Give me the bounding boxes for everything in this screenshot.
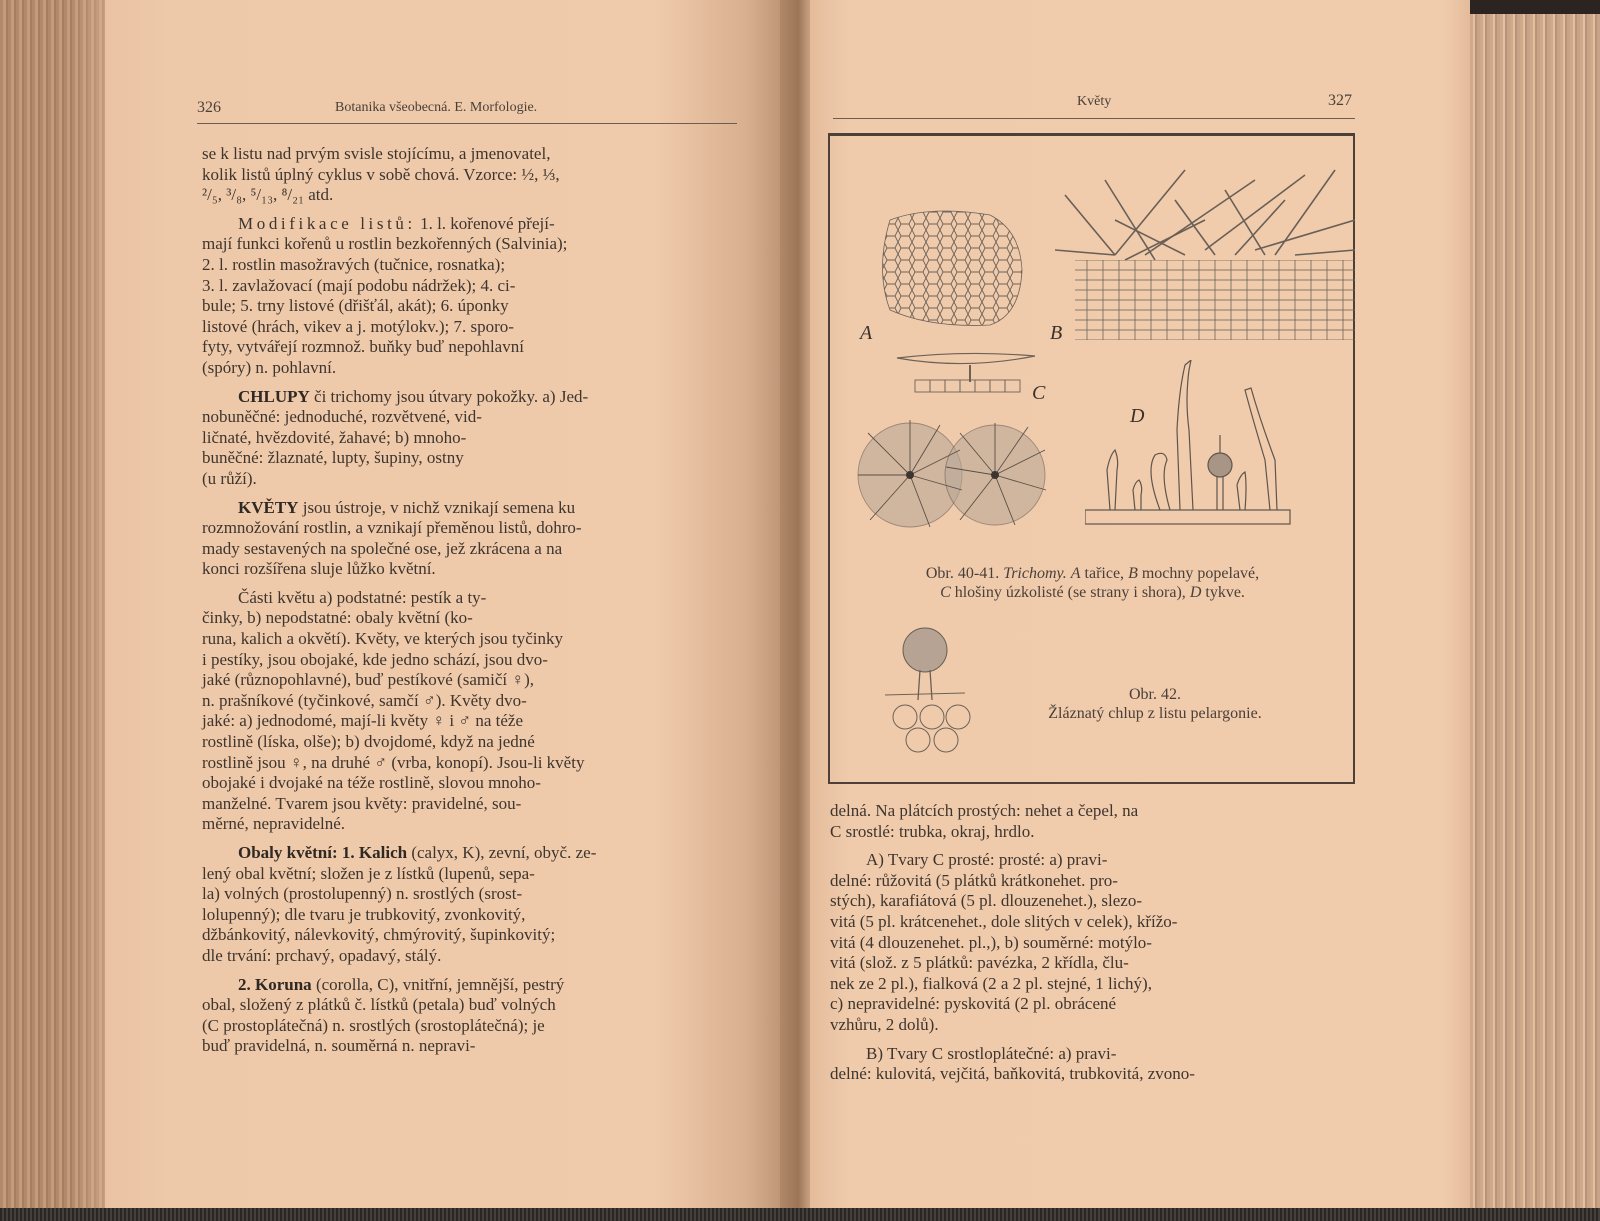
running-head-right: Květy xyxy=(1077,94,1111,110)
figure-label-a: A xyxy=(860,322,872,345)
text-line: 1. l. kořenové přejí- xyxy=(420,214,555,233)
text-line: nobuněčné: jednoduché, rozvětvené, vid- xyxy=(202,407,482,426)
text-line: delná. Na plátcích prostých: nehet a čep… xyxy=(830,801,1138,820)
caption-text-a: tařice, xyxy=(1085,565,1125,582)
text-line: jsou ústroje, v nichž vznikají semena ku xyxy=(303,498,575,517)
paragraph-continuation: mají funkci kořenů u rostlin bezkořennýc… xyxy=(202,234,737,378)
figure-label-b: B xyxy=(1050,322,1062,345)
header-rule-right xyxy=(833,118,1355,119)
text-line: či trichomy jsou útvary pokožky. a) Jed- xyxy=(314,387,588,406)
text-line: buď pravidelná, n. souměrná n. nepravi- xyxy=(202,1036,475,1055)
figure-label-c: C xyxy=(1032,382,1045,405)
caption-text-b: mochny popelavé, xyxy=(1142,565,1259,582)
text-line: manželné. Tvarem jsou květy: pravidelné,… xyxy=(202,794,521,813)
text-line: Části květu a) podstatné: pestík a ty- xyxy=(238,588,486,607)
caption-label-c: C xyxy=(940,584,951,601)
caption-label-b: B xyxy=(1128,565,1138,582)
text-line: i pestíky, jsou obojaké, kde jedno scház… xyxy=(202,650,548,669)
text-line: vzhůru, 2 dolů). xyxy=(830,1015,939,1034)
right-page-body: delná. Na plátcích prostých: nehet a čep… xyxy=(830,801,1358,1085)
caption-title: Trichomy. xyxy=(1003,565,1067,582)
caption-number: Obr. 42. xyxy=(1129,686,1181,703)
text-line: obojaké i dvojaké na téže rostlině, slov… xyxy=(202,773,541,792)
caption-text: Žláznatý chlup z listu pelargonie. xyxy=(1048,705,1261,722)
text-line: 3. l. zavlažovací (mají podobu nádržek);… xyxy=(202,276,515,295)
heading-kalich: Obaly květní: 1. Kalich xyxy=(238,843,407,862)
figure-label-d: D xyxy=(1130,405,1144,428)
text-line: bule; 5. trny listové (dřišťál, akát); 6… xyxy=(202,296,509,315)
text-line: rostlině jsou ♀, na druhé ♂ (vrba, konop… xyxy=(202,753,584,772)
caption-text-d: tykve. xyxy=(1205,584,1245,601)
text-line: vitá (4 dlouzenehet. pl.,), b) souměrné:… xyxy=(830,933,1152,952)
text-line: mají funkci kořenů u rostlin bezkořennýc… xyxy=(202,234,567,253)
text-line: (C prostoplátečná) n. srostlých (srostop… xyxy=(202,1016,545,1035)
text-line: mady sestavených na společné ose, jež zk… xyxy=(202,539,562,558)
text-line: la) volných (prostolupenný) n. srostlých… xyxy=(202,884,522,903)
figure-caption-42: Obr. 42. Žláznatý chlup z listu pelargon… xyxy=(990,685,1320,723)
caption-label-a: A xyxy=(1071,565,1081,582)
left-page-body: se k listu nad prvým svisle stojícímu, a… xyxy=(202,144,737,1057)
paragraph-kvety: KVĚTY jsou ústroje, v nichž vznikají sem… xyxy=(202,498,737,519)
open-book: 326 Botanika všeobecná. E. Morfologie. s… xyxy=(0,0,1600,1221)
paragraph-continuation: rozmnožování rostlin, a vznikají přeměno… xyxy=(202,518,737,580)
paragraph-continuation: delné: kulovitá, vejčitá, baňkovitá, tru… xyxy=(830,1064,1358,1085)
text-line: rozmnožování rostlin, a vznikají přeměno… xyxy=(202,518,582,537)
text-line: lolupenný); dle tvaru je trubkovitý, zvo… xyxy=(202,905,525,924)
text-line: (u růží). xyxy=(202,469,257,488)
text-line: fyty, vytvářejí rozmnož. buňky buď nepoh… xyxy=(202,337,524,356)
text-line: vitá (5 pl. krátcenehet., dole slitých v… xyxy=(830,912,1177,931)
text-line: měrné, nepravidelné. xyxy=(202,814,345,833)
caption-label-d: D xyxy=(1190,584,1202,601)
text-line: n. prašníkové (tyčinkové, samčí ♂). Květ… xyxy=(202,691,527,710)
text-line: c) nepravidelné: pyskovitá (2 pl. obráce… xyxy=(830,994,1116,1013)
page-number-left: 326 xyxy=(197,99,221,117)
paragraph-continuation: činky, b) nepodstatné: obaly květní (ko-… xyxy=(202,608,737,835)
text-line: jaké (různopohlavné), buď pestíkové (sam… xyxy=(202,670,534,689)
heading-kvety: KVĚTY xyxy=(238,498,298,517)
text-line: činky, b) nepodstatné: obaly květní (ko- xyxy=(202,608,473,627)
paragraph-tvary-proste: A) Tvary C prosté: prosté: a) pravi- xyxy=(830,850,1358,871)
text-line: runa, kalich a okvětí). Květy, ve kterýc… xyxy=(202,629,563,648)
illustration-b-stellate-hairs xyxy=(1055,160,1355,360)
text-line: (calyx, K), zevní, obyč. ze- xyxy=(411,843,596,862)
figure-caption-40-41: Obr. 40-41. Trichomy. A tařice, B mochny… xyxy=(835,564,1350,602)
running-head-left: Botanika všeobecná. E. Morfologie. xyxy=(335,100,537,116)
caption-number: Obr. 40-41. xyxy=(926,565,999,582)
text-line: C srostlé: trubka, okraj, hrdlo. xyxy=(830,822,1034,841)
paragraph-continuation: nobuněčné: jednoduché, rozvětvené, vid- … xyxy=(202,407,737,489)
paragraph-corolla-parts: delná. Na plátcích prostých: nehet a čep… xyxy=(830,801,1358,842)
paragraph-leaf-modifications: Modifikace listů: 1. l. kořenové přejí- xyxy=(202,214,737,235)
text-line: jaké: a) jednodomé, mají-li květy ♀ i ♂ … xyxy=(202,711,523,730)
text-line: (spóry) n. pohlavní. xyxy=(202,358,336,377)
term-modifikace: Modifikace listů: xyxy=(238,214,416,233)
paragraph-koruna: 2. Koruna (corolla, C), vnitřní, jemnějš… xyxy=(202,975,737,996)
text-line: B) Tvary C srostloplátečné: a) pravi- xyxy=(866,1044,1116,1063)
paragraph-continuation: obal, složený z plátků č. lístků (petala… xyxy=(202,995,737,1057)
table-surface xyxy=(0,1208,1600,1221)
text-line: džbánkovitý, nálevkovitý, chmýrovitý, šu… xyxy=(202,925,555,944)
heading-koruna: 2. Koruna xyxy=(238,975,312,994)
text-line: dle trvání: prchavý, opadavý, stálý. xyxy=(202,946,441,965)
text-line: se k listu nad prvým svisle stojícímu, a… xyxy=(202,144,550,163)
paragraph-obaly-kvetni: Obaly květní: 1. Kalich (calyx, K), zevn… xyxy=(202,843,737,864)
text-line: listové (hrách, vikev a j. motýlokv.); 7… xyxy=(202,317,514,336)
illustration-a-cell-network xyxy=(870,200,1030,330)
text-line: delné: růžovitá (5 plátků krátkonehet. p… xyxy=(830,871,1118,890)
paragraph-continuation: delné: růžovitá (5 plátků krátkonehet. p… xyxy=(830,871,1358,1036)
illustration-c-scale-side xyxy=(895,350,1045,410)
text-line: nek ze 2 pl.), fialková (2 a 2 pl. stejn… xyxy=(830,974,1152,993)
paragraph-continuation: lený obal květní; složen je z lístků (lu… xyxy=(202,864,737,967)
right-page-edges xyxy=(1470,0,1600,1210)
text-line: buněčné: žlaznaté, lupty, šupiny, ostny xyxy=(202,448,464,467)
text-line: 2. l. rostlin masožravých (tučnice, rosn… xyxy=(202,255,505,274)
paragraph-casti-kvetu: Části květu a) podstatné: pestík a ty- xyxy=(202,588,737,609)
text-line: stých), karafiátová (5 pl. dlouzenehet.)… xyxy=(830,891,1142,910)
caption-text-c: hlošiny úzkolisté (se strany i shora), xyxy=(955,584,1186,601)
text-line: vitá (slož. z 5 plátků: pavézka, 2 křídl… xyxy=(830,953,1129,972)
paragraph-chlupy: CHLUPY či trichomy jsou útvary pokožky. … xyxy=(202,387,737,408)
text-line: rostlině (líska, olše); b) dvojdomé, kdy… xyxy=(202,732,535,751)
text-line: delné: kulovitá, vejčitá, baňkovitá, tru… xyxy=(830,1064,1195,1083)
page-number-right: 327 xyxy=(1328,92,1352,110)
text-line: (corolla, C), vnitřní, jemnější, pestrý xyxy=(316,975,564,994)
left-page-edges xyxy=(0,0,110,1210)
text-line: ²/₅, ³/₈, ⁵/₁₃, ⁸/₂₁ atd. xyxy=(202,185,333,204)
text-line: obal, složený z plátků č. lístků (petala… xyxy=(202,995,556,1014)
paragraph-tvary-srostle: B) Tvary C srostloplátečné: a) pravi- xyxy=(830,1044,1358,1065)
text-line: A) Tvary C prosté: prosté: a) pravi- xyxy=(866,850,1107,869)
illustration-d-gourd-hairs xyxy=(1085,360,1295,530)
heading-chlupy: CHLUPY xyxy=(238,387,310,406)
illustration-42-glandular-hair xyxy=(880,625,980,755)
illustration-c-scales-top-view xyxy=(850,405,1070,535)
text-line: ličnaté, hvězdovité, žahavé; b) mnoho- xyxy=(202,428,466,447)
text-line: lený obal květní; složen je z lístků (lu… xyxy=(202,864,535,883)
text-line: kolik listů úplný cyklus v sobě chová. V… xyxy=(202,165,560,184)
header-rule-left xyxy=(197,123,737,124)
paragraph-phyllotaxis: se k listu nad prvým svisle stojícímu, a… xyxy=(202,144,737,206)
text-line: konci rozšířena sluje lůžko květní. xyxy=(202,559,436,578)
